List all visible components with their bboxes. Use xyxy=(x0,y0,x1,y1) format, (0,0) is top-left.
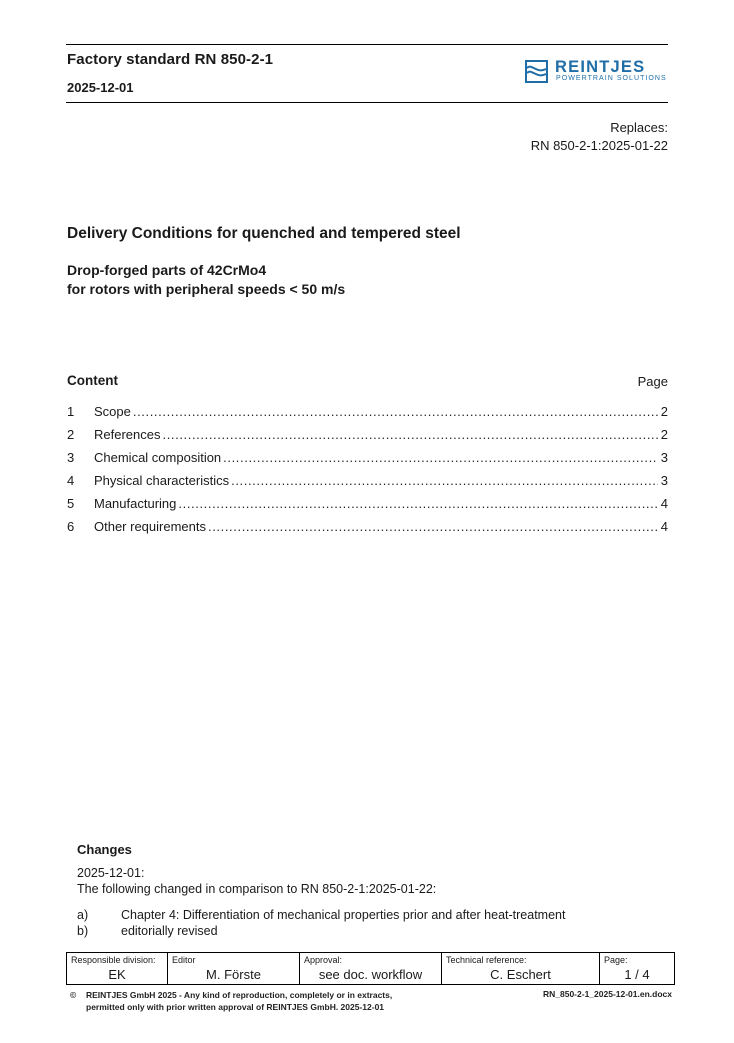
footer-cell-value: 1 / 4 xyxy=(600,967,674,982)
document-date: 2025-12-01 xyxy=(67,80,134,95)
toc-entry[interactable]: 3 Chemical composition .................… xyxy=(67,450,668,473)
change-item-key: b) xyxy=(77,923,121,939)
footer-cell-value: M. Förste xyxy=(168,967,299,982)
company-logo: REINTJES POWERTRAIN SOLUTIONS xyxy=(525,60,670,88)
footer-cell-approval: Approval: see doc. workflow xyxy=(300,953,442,984)
toc-entry-number: 5 xyxy=(67,496,94,511)
footer-cell-editor: Editor M. Förste xyxy=(168,953,300,984)
toc-entry-label: Manufacturing xyxy=(94,496,176,511)
logo-tagline: POWERTRAIN SOLUTIONS xyxy=(556,75,667,82)
document-filename: RN_850-2-1_2025-12-01.en.docx xyxy=(543,989,672,999)
toc-entry-number: 3 xyxy=(67,450,94,465)
toc-entry-number: 1 xyxy=(67,404,94,419)
reintjes-wave-logo-icon xyxy=(525,60,548,83)
toc-leader-dots: ........................................… xyxy=(223,450,658,465)
toc-entry-number: 4 xyxy=(67,473,94,488)
toc-entry-page: 4 xyxy=(660,519,668,534)
header-top-rule xyxy=(66,44,668,45)
toc-entry-page: 4 xyxy=(660,496,668,511)
copyright-notice: ©REINTJES GmbH 2025 - Any kind of reprod… xyxy=(70,989,392,1013)
change-item-text: Chapter 4: Differentiation of mechanical… xyxy=(121,907,565,923)
footer-cell-value: C. Eschert xyxy=(442,967,599,982)
toc-entry-number: 6 xyxy=(67,519,94,534)
footer-cell-label: Responsible division: xyxy=(71,955,156,965)
toc-leader-dots: ........................................… xyxy=(133,404,658,419)
changes-date: 2025-12-01: xyxy=(77,866,144,880)
footer-cell-value: EK xyxy=(67,967,167,982)
subtitle-line-1: Drop-forged parts of 42CrMo4 xyxy=(67,261,345,280)
changes-intro: The following changed in comparison to R… xyxy=(77,882,436,896)
change-item: b) editorially revised xyxy=(77,923,565,939)
footer-cell-technical-reference: Technical reference: C. Eschert xyxy=(442,953,600,984)
toc-entry-label: Chemical composition xyxy=(94,450,221,465)
toc-entry-label: References xyxy=(94,427,160,442)
footer-cell-label: Page: xyxy=(604,955,628,965)
toc-entry-page: 3 xyxy=(660,450,668,465)
replaces-label: Replaces: xyxy=(531,119,668,137)
toc-page-heading: Page xyxy=(638,374,668,389)
toc-entry-number: 2 xyxy=(67,427,94,442)
document-title: Factory standard RN 850-2-1 xyxy=(67,51,273,68)
toc-leader-dots: ........................................… xyxy=(178,496,658,511)
subtitle: Drop-forged parts of 42CrMo4 for rotors … xyxy=(67,261,345,299)
toc-entry[interactable]: 4 Physical characteristics .............… xyxy=(67,473,668,496)
toc-entry[interactable]: 2 References ...........................… xyxy=(67,427,668,450)
footer-cell-label: Approval: xyxy=(304,955,342,965)
table-of-contents: 1 Scope ................................… xyxy=(67,404,668,542)
copyright-line-2: permitted only with prior written approv… xyxy=(70,1001,392,1013)
copyright-icon: © xyxy=(70,989,86,1001)
toc-entry-page: 2 xyxy=(660,404,668,419)
header-bottom-rule xyxy=(66,102,668,103)
toc-entry-label: Physical characteristics xyxy=(94,473,229,488)
replaces-value: RN 850-2-1:2025-01-22 xyxy=(531,137,668,155)
footer-cell-value: see doc. workflow xyxy=(300,967,441,982)
subtitle-line-2: for rotors with peripheral speeds < 50 m… xyxy=(67,280,345,299)
main-title: Delivery Conditions for quenched and tem… xyxy=(67,225,461,243)
toc-leader-dots: ........................................… xyxy=(231,473,658,488)
change-item: a) Chapter 4: Differentiation of mechani… xyxy=(77,907,565,923)
footer-info-table: Responsible division: EK Editor M. Först… xyxy=(66,952,675,985)
toc-entry[interactable]: 1 Scope ................................… xyxy=(67,404,668,427)
toc-entry-label: Scope xyxy=(94,404,131,419)
toc-entry-page: 2 xyxy=(660,427,668,442)
toc-entry[interactable]: 5 Manufacturing ........................… xyxy=(67,496,668,519)
footer-cell-responsible-division: Responsible division: EK xyxy=(67,953,168,984)
changes-list: a) Chapter 4: Differentiation of mechani… xyxy=(77,907,565,939)
replaces-block: Replaces: RN 850-2-1:2025-01-22 xyxy=(531,119,668,155)
changes-heading: Changes xyxy=(77,842,132,857)
footer-cell-label: Editor xyxy=(172,955,196,965)
toc-entry-page: 3 xyxy=(660,473,668,488)
toc-leader-dots: ........................................… xyxy=(208,519,658,534)
toc-heading: Content xyxy=(67,373,118,388)
footer-cell-page: Page: 1 / 4 xyxy=(600,953,674,984)
toc-entry-label: Other requirements xyxy=(94,519,206,534)
footer-cell-label: Technical reference: xyxy=(446,955,527,965)
toc-entry[interactable]: 6 Other requirements ...................… xyxy=(67,519,668,542)
toc-leader-dots: ........................................… xyxy=(162,427,658,442)
change-item-key: a) xyxy=(77,907,121,923)
copyright-line-1: REINTJES GmbH 2025 - Any kind of reprodu… xyxy=(86,990,392,1000)
change-item-text: editorially revised xyxy=(121,923,218,939)
